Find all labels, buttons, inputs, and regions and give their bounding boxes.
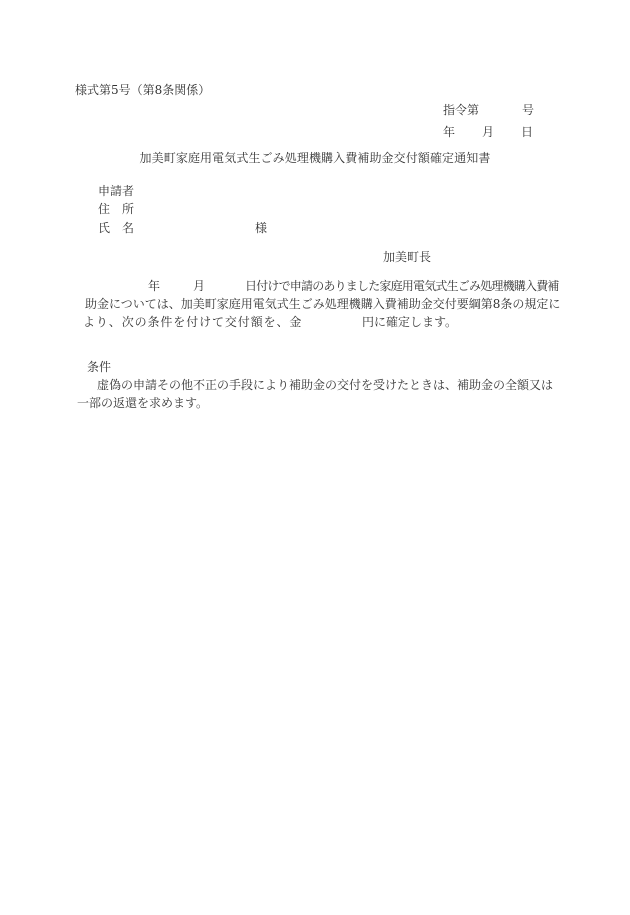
body-line-1: 日付けで申請のありました家庭用電気式生ごみ処理機購入費補 bbox=[245, 279, 559, 293]
directive-number-prefix: 指令第 bbox=[443, 103, 479, 117]
body-line-2: 助金については、加美町家庭用電気式生ごみ処理機購入費補助金交付要綱第8条の規定に bbox=[85, 297, 560, 311]
issuer-mayor: 加美町長 bbox=[383, 250, 431, 264]
applicant-honorific: 様 bbox=[255, 221, 267, 235]
conditions-line-1: 虚偽の申請その他不正の手段により補助金の交付を受けたときは、補助金の全額又は bbox=[97, 378, 553, 392]
body-date-month-label: 月 bbox=[193, 279, 205, 293]
body-line-3-amount-prefix: より、次の条件を付けて交付額を、金 bbox=[83, 315, 302, 329]
issue-date-month-label: 月 bbox=[482, 125, 494, 139]
directive-number-suffix: 号 bbox=[522, 103, 534, 117]
document-title: 加美町家庭用電気式生ごみ処理機購入費補助金交付額確定通知書 bbox=[0, 151, 630, 166]
conditions-heading: 条件 bbox=[87, 360, 111, 374]
body-line-3-amount-suffix: 円に確定します。 bbox=[362, 315, 457, 329]
issue-date-year-label: 年 bbox=[443, 125, 455, 139]
applicant-heading: 申請者 bbox=[98, 184, 134, 198]
applicant-name-label: 氏 名 bbox=[98, 221, 134, 235]
applicant-address-label: 住 所 bbox=[98, 202, 134, 216]
body-date-year-label: 年 bbox=[148, 279, 160, 293]
form-number: 様式第5号（第8条関係） bbox=[75, 83, 210, 97]
document-page: 様式第5号（第8条関係） 指令第 号 年 月 日 加美町家庭用電気式生ごみ処理機… bbox=[0, 0, 630, 915]
conditions-line-2: 一部の返還を求めます。 bbox=[77, 396, 208, 410]
issue-date-day-label: 日 bbox=[521, 125, 533, 139]
